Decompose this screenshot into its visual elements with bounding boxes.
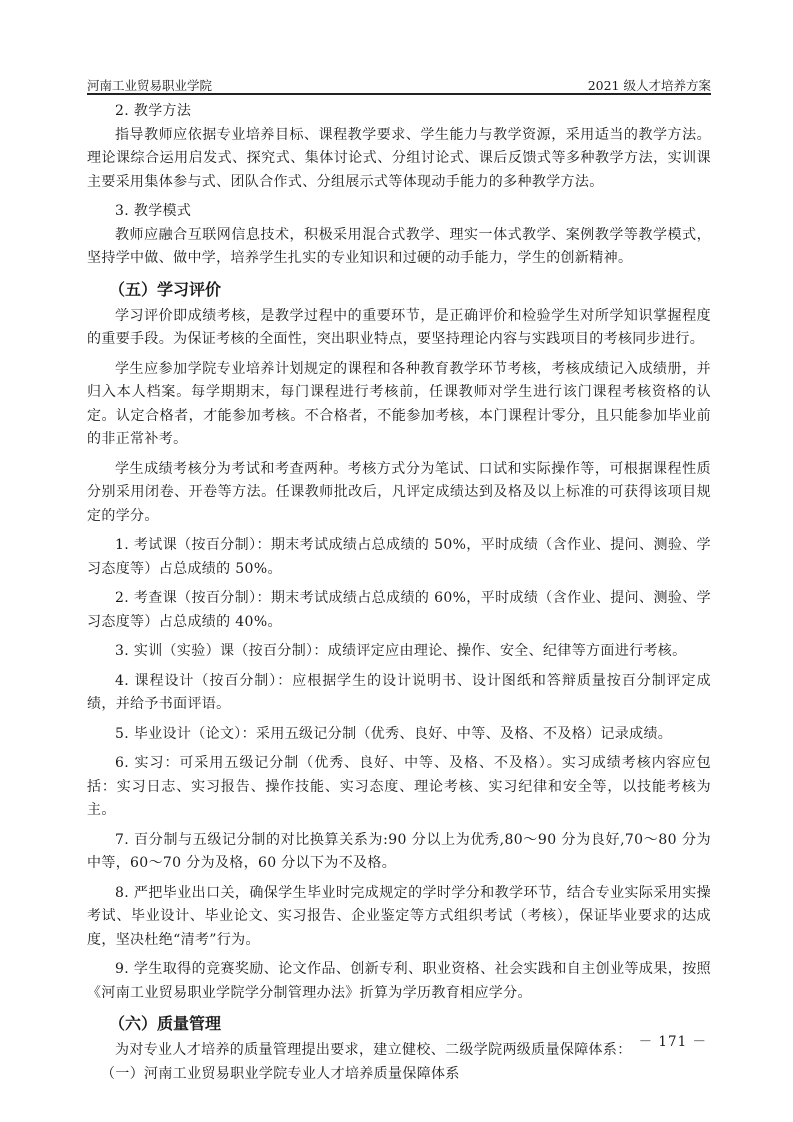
list-item: 8. 严把毕业出口关，确保学生毕业时完成规定的学时学分和教学环节，结合专业实际采… [87,882,711,953]
subsection-title-teaching-methods: 2. 教学方法 [87,100,711,124]
list-item: 6. 实习：可采用五级记分制（优秀、良好、中等、及格、不及格）。实习成绩考核内容… [87,752,711,823]
subsection-title-teaching-mode: 3. 教学模式 [87,200,711,224]
paragraph: 学生成绩考核分为考试和考查两种。考核方式分为笔试、口试和实际操作等，可根据课程性… [87,458,711,529]
list-item: 1. 考试课（按百分制）：期末考试成绩占总成绩的 50%，平时成绩（含作业、提问… [87,534,711,581]
paragraph: 学生应参加学院专业培养计划规定的课程和各种教育教学环节考核，考核成绩记入成绩册，… [87,358,711,452]
page-content: 2. 教学方法 指导教师应依据专业培养目标、课程教学要求、学生能力与教学资源，采… [87,100,711,1086]
paragraph: 指导教师应依据专业培养目标、课程教学要求、学生能力与教学资源，采用适当的教学方法… [87,124,711,195]
header-institution: 河南工业贸易职业学院 [87,76,212,94]
paragraph: 学习评价即成绩考核，是教学过程中的重要环节，是正确评价和检验学生对所学知识掌握程… [87,305,711,352]
page-number: － 171 － [639,1030,707,1050]
header-document-title: 2021 级人才培养方案 [588,76,711,94]
list-item: 2. 考查课（按百分制）：期末考试成绩占总成绩的 60%，平时成绩（含作业、提问… [87,587,711,634]
list-item: 9. 学生取得的竞赛奖励、论文作品、创新专利、职业资格、社会实践和自主创业等成果… [87,958,711,1005]
page-header: 河南工业贸易职业学院 2021 级人才培养方案 [87,76,711,95]
paragraph: 教师应融合互联网信息技术，积极采用混合式教学、理实一体式教学、案例教学等教学模式… [87,224,711,271]
list-item: 3. 实训（实验）课（按百分制）：成绩评定应由理论、操作、安全、纪律等方面进行考… [87,640,711,664]
list-item: 5. 毕业设计（论文）：采用五级记分制（优秀、良好、中等、及格、不及格）记录成绩… [87,723,711,747]
paragraph: 为对专业人才培养的质量管理提出要求，建立健校、二级学院两级质量保障体系： [87,1039,711,1063]
section-heading-quality-management: （六）质量管理 [87,1011,711,1037]
list-item: 4. 课程设计（按百分制）：应根据学生的设计说明书、设计图纸和答辩质量按百分制评… [87,670,711,717]
list-item: 7. 百分制与五级记分制的对比换算关系为:90 分以上为优秀,80～90 分为良… [87,829,711,876]
subheading-quality-assurance-system: （一）河南工业贸易职业学院专业人才培养质量保障体系 [87,1063,711,1087]
section-heading-learning-evaluation: （五）学习评价 [87,277,711,303]
